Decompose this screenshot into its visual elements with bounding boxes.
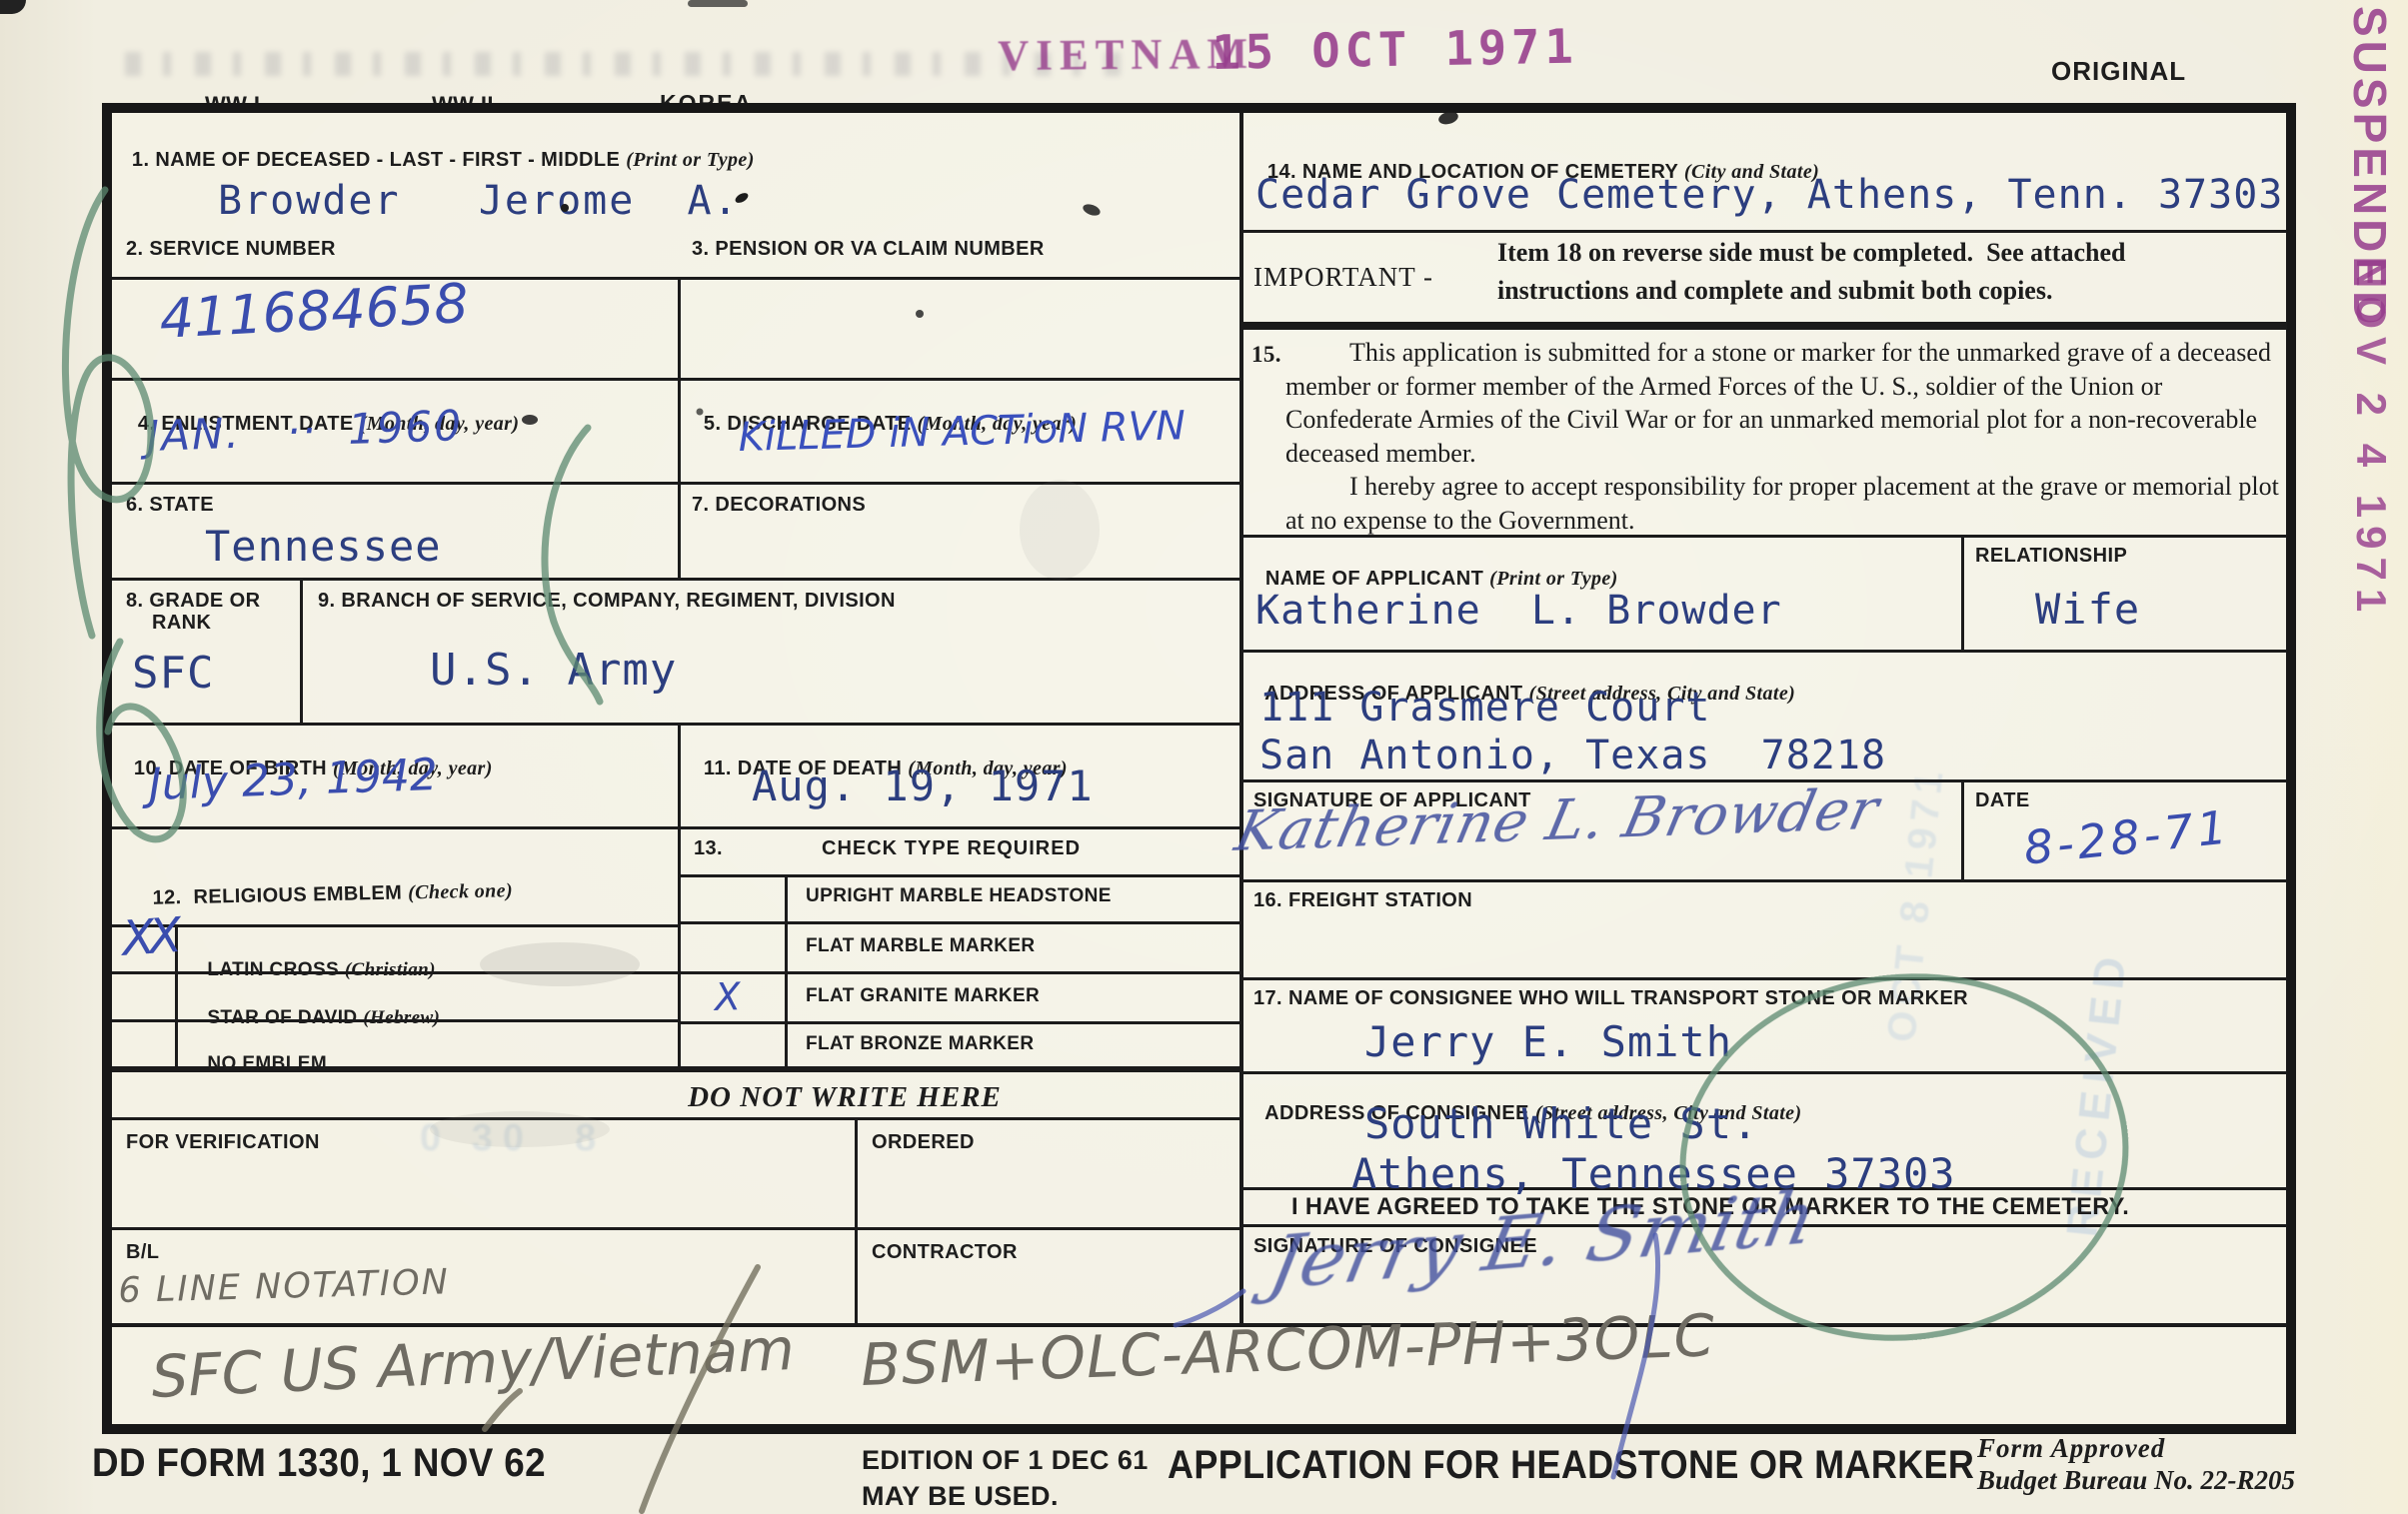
scan-artifact (688, 0, 748, 7)
grid-line (112, 277, 1239, 280)
bl-label: B/L (126, 1241, 159, 1264)
emblem-row-no-emblem: NO EMBLEM (196, 1031, 327, 1075)
field1-paren: (Print or Type) (626, 149, 755, 171)
grid-line-thick (1239, 322, 2287, 330)
consignee-address-line1: South White St. (1364, 1099, 1758, 1148)
field12-number: 12. (152, 886, 181, 909)
do-not-write-here-title: DO NOT WRITE HERE (688, 1081, 1002, 1114)
grid-line (678, 874, 1239, 877)
applicant-address-line1: 111 Grasmere Court (1259, 685, 1710, 731)
applicant-address-line2: San Antonio, Texas 78218 (1259, 733, 1886, 778)
field7-label: 7. DECORATIONS (692, 494, 866, 517)
applicant-name-value: Katherine L. Browder (1255, 588, 1782, 634)
relationship-value: Wife (2035, 585, 2140, 634)
scanned-form-page: { "header": { "war_labels": ["WW I", "WW… (0, 0, 2408, 1514)
grid-line (112, 378, 1239, 381)
field9-label: 9. BRANCH OF SERVICE, COMPANY, REGIMENT,… (318, 590, 896, 613)
field15-number: 15. (1251, 342, 1281, 368)
field8-value: SFC (132, 648, 214, 699)
grid-line (112, 482, 1239, 485)
grid-line (678, 921, 1239, 924)
field10-value-handwritten: July 23, 1942 (148, 750, 439, 810)
field17-label: 17. NAME OF CONSIGNEE WHO WILL TRANSPORT… (1253, 987, 1968, 1010)
for-verification-label: FOR VERIFICATION (126, 1131, 320, 1154)
footer-form-number: DD FORM 1330, 1 NOV 62 (92, 1441, 546, 1486)
grid-line (1239, 113, 1243, 1326)
emblem-star-paren: (Hebrew) (363, 1007, 440, 1028)
grid-line (112, 1227, 1239, 1230)
grid-line (1961, 535, 1964, 653)
important-line2: instructions and complete and submit bot… (1497, 276, 2052, 306)
grid-line (1239, 879, 2287, 882)
field13-label: CHECK TYPE REQUIRED (822, 837, 1081, 860)
ordered-label: ORDERED (872, 1131, 975, 1154)
grid-line (112, 924, 678, 927)
field6-value: Tennessee (205, 522, 442, 571)
grid-line (785, 874, 788, 1069)
field1-value: Browder Jerome A. (218, 178, 740, 224)
grid-line (678, 277, 681, 581)
grid-line (112, 826, 1239, 829)
emblem-latin-cross-paren: (Christian) (345, 959, 436, 980)
field15-paragraph1: This application is submitted for a ston… (1285, 336, 2281, 470)
emblem-latin-cross-mark: XX (120, 907, 178, 967)
field1-label: 1. NAME OF DECEASED - LAST - FIRST - MID… (120, 126, 755, 172)
emblem-row-latin-cross: LATIN CROSS (Christian) (196, 937, 436, 981)
grid-line (678, 1021, 1239, 1024)
important-label: IMPORTANT - (1253, 262, 1433, 293)
field15-text: This application is submitted for a ston… (1285, 336, 2281, 537)
field8-label2: RANK (152, 612, 211, 635)
grid-line (678, 971, 1239, 974)
ink-bleed-through (125, 52, 1125, 76)
date-received-stamp: 15 OCT 1971 (1211, 20, 1578, 81)
grid-line (1239, 650, 2287, 653)
applicant-name-label: NAME OF APPLICANT (Print or Type) (1253, 545, 1618, 591)
field13-number: 13. (694, 837, 723, 860)
field12-label: 12. RELIGIOUS EMBLEM (Check one) (140, 856, 513, 910)
checktype-row-flat-granite: FLAT GRANITE MARKER (806, 985, 1040, 1007)
field6-label: 6. STATE (126, 494, 214, 517)
grid-line (855, 1117, 858, 1326)
contractor-label: CONTRACTOR (872, 1241, 1018, 1264)
field14-value: Cedar Grove Cemetery, Athens, Tenn. 3730… (1255, 172, 2283, 218)
checktype-row-flat-bronze: FLAT BRONZE MARKER (806, 1033, 1035, 1055)
grid-line (1239, 977, 2287, 980)
checktype-flat-granite-mark: X (714, 974, 742, 1019)
footer-edition-line1: EDITION OF 1 DEC 61 (862, 1445, 1149, 1476)
footer-edition-line2: MAY BE USED. (862, 1481, 1059, 1512)
grid-line (112, 1117, 1239, 1120)
field12-label-text: RELIGIOUS EMBLEM (181, 881, 408, 908)
original-label: ORIGINAL (2051, 56, 2186, 87)
field8-label: 8. GRADE OR (126, 590, 260, 613)
field12-paren: (Check one) (408, 879, 513, 903)
field1-label-text: 1. NAME OF DECEASED - LAST - FIRST - MID… (132, 149, 626, 171)
emblem-none-label: NO EMBLEM (207, 1053, 327, 1074)
emblem-star-label: STAR OF DAVID (207, 1007, 363, 1028)
field3-label: 3. PENSION OR VA CLAIM NUMBER (692, 238, 1045, 261)
field15-paragraph2: I hereby agree to accept responsibility … (1285, 470, 2281, 537)
grid-line (112, 723, 1239, 726)
footer-title: APPLICATION FOR HEADSTONE OR MARKER (1168, 1443, 1974, 1488)
checktype-row-flat-marble: FLAT MARBLE MARKER (806, 935, 1036, 957)
grid-line (300, 578, 303, 726)
field11-value: Aug. 19, 1971 (752, 761, 1094, 810)
footer-approved-line2: Budget Bureau No. 22-R205 (1977, 1465, 2295, 1496)
checktype-row-upright-marble: UPRIGHT MARBLE HEADSTONE (806, 885, 1112, 907)
grid-line (678, 723, 681, 1069)
grid-line (1239, 230, 2287, 233)
applicant-name-paren: (Print or Type) (1489, 568, 1618, 590)
field9-value: U.S. Army (430, 645, 677, 696)
field2-label: 2. SERVICE NUMBER (126, 238, 336, 261)
grid-line (112, 578, 1239, 581)
applicant-name-label-text: NAME OF APPLICANT (1265, 568, 1489, 590)
grid-line (1239, 1071, 2287, 1074)
footer-approved-line1: Form Approved (1977, 1433, 2165, 1464)
grid-line (1961, 779, 1964, 882)
important-line1: Item 18 on reverse side must be complete… (1497, 238, 2125, 268)
relationship-label: RELATIONSHIP (1975, 545, 2127, 568)
field17-value: Jerry E. Smith (1364, 1017, 1732, 1066)
emblem-row-star-of-david: STAR OF DAVID (Hebrew) (196, 985, 440, 1029)
suspended-date-stamp: NOV 2 4 1971 (2347, 258, 2395, 620)
scan-artifact (0, 0, 26, 14)
emblem-latin-cross-label: LATIN CROSS (207, 959, 344, 980)
date-label: DATE (1975, 789, 2030, 812)
field16-label: 16. FREIGHT STATION (1253, 889, 1472, 912)
